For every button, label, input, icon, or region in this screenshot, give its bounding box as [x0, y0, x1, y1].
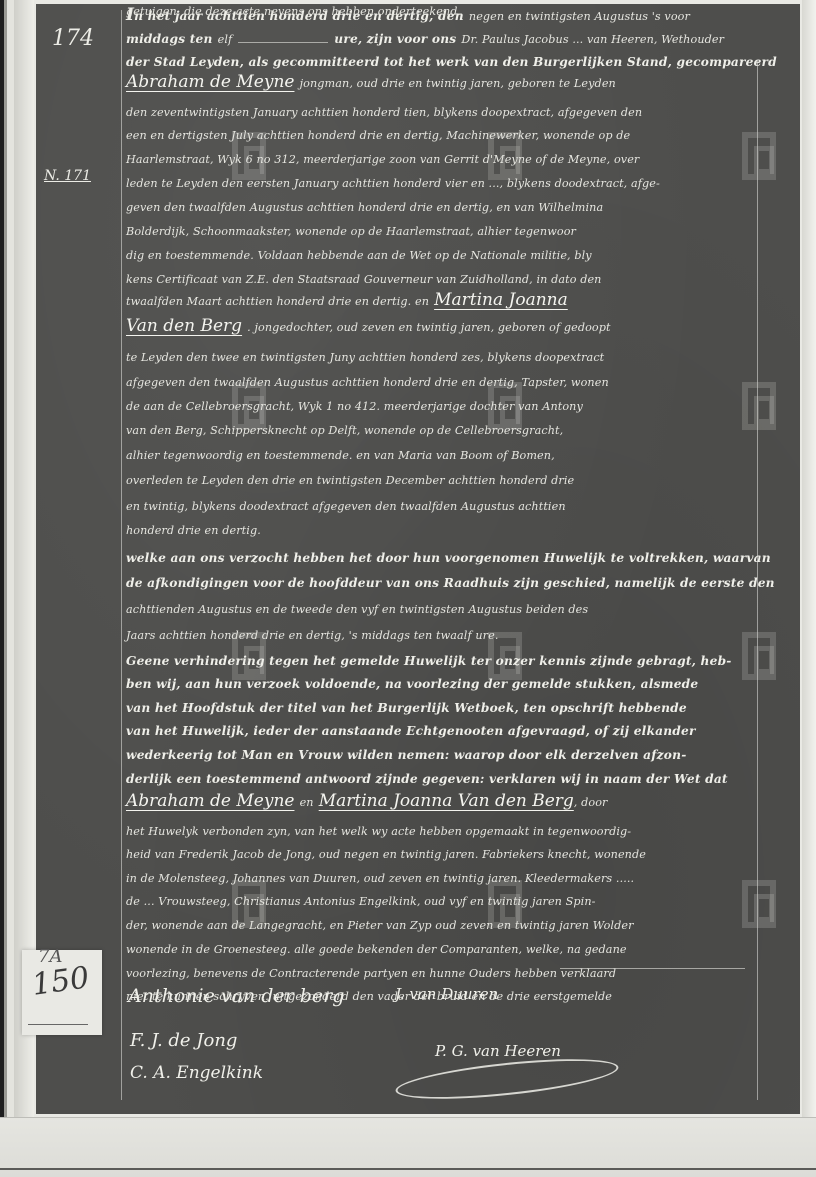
record-line: kens Certificaat van Z.E. den Staatsraad…: [126, 268, 756, 287]
signature-witness-de-jong: F. J. de Jong: [130, 1030, 237, 1051]
handwritten-text: afgegeven den twaalfden Augustus achttie…: [126, 376, 609, 389]
printed-text: ure, zijn voor ons: [334, 32, 456, 46]
archive-label-underline: [28, 1024, 88, 1025]
record-line: Haarlemstraat, Wyk 6 no 312, meerderjari…: [126, 148, 756, 167]
handwritten-text: een en dertigsten July achttien honderd …: [126, 129, 630, 142]
record-line: Abraham de Meyne en Martina Joanna Van d…: [126, 791, 756, 811]
handwritten-text: Haarlemstraat, Wyk 6 no 312, meerderjari…: [126, 153, 639, 166]
record-line: het Huwelyk verbonden zyn, van het welk …: [126, 820, 756, 839]
record-line: Geene verhindering tegen het gemelde Huw…: [126, 650, 756, 669]
record-line: afgegeven den twaalfden Augustus achttie…: [126, 371, 756, 390]
handwritten-text: Jaars achttien honderd drie en dertig, '…: [126, 629, 499, 642]
printed-text: derlijk een toestemmend antwoord zijnde …: [126, 772, 728, 786]
record-line: de ... Vrouwsteeg, Christianus Antonius …: [126, 890, 756, 909]
signature-witness-van-duuren: J. van Duuren: [395, 985, 498, 1003]
record-line: twaalfden Maart achttien honderd drie en…: [126, 290, 756, 310]
printed-text: der Stad Leyden, als gecommitteerd tot h…: [126, 55, 777, 69]
party-name: Abraham de Meyne: [126, 791, 294, 811]
party-name: Martina Joanna: [434, 290, 568, 310]
record-line: Bolderdijk, Schoonmaakster, wonende op d…: [126, 220, 756, 239]
record-line: geven den twaalfden Augustus achttien ho…: [126, 196, 756, 215]
record-line: derlijk een toestemmend antwoord zijnde …: [126, 768, 756, 787]
party-name: Abraham de Meyne: [126, 72, 294, 92]
record-line: alhier tegenwoordig en toestemmende. en …: [126, 444, 756, 463]
record-line: van het Huwelijk, ieder der aanstaande E…: [126, 720, 756, 739]
handwritten-text: het Huwelyk verbonden zyn, van het welk …: [126, 825, 631, 838]
signature-witness-engelkink: C. A. Engelkink: [130, 1063, 263, 1083]
record-line: den zeventwintigsten January achttien ho…: [126, 101, 756, 120]
handwritten-text: jongman, oud drie en twintig jaren, gebo…: [300, 77, 616, 90]
handwritten-text: wonende in de Groenesteeg. alle goede be…: [126, 943, 627, 956]
handwritten-text: twaalfden Maart achttien honderd drie en…: [126, 295, 429, 308]
handwritten-text: dig en toestemmende. Voldaan hebbende aa…: [126, 249, 592, 262]
printed-text: welke aan ons verzocht hebben het door h…: [126, 551, 771, 565]
handwritten-text: elf: [218, 33, 233, 46]
handwritten-text: voorlezing, benevens de Contracterende p…: [126, 967, 616, 980]
record-line: ben wij, aan hun verzoek voldoende, na v…: [126, 673, 756, 692]
record-line: welke aan ons verzocht hebben het door h…: [126, 547, 756, 566]
handwritten-text: Bolderdijk, Schoonmaakster, wonende op d…: [126, 225, 576, 238]
record-line: der Stad Leyden, als gecommitteerd tot h…: [126, 51, 756, 70]
record-line: van den Berg, Schippersknecht op Delft, …: [126, 419, 756, 438]
printed-text: middags ten: [126, 32, 213, 46]
printed-text: de afkondigingen voor de hoofddeur van o…: [126, 576, 775, 590]
record-line: voorlezing, benevens de Contracterende p…: [126, 962, 756, 981]
printed-text: van het Hoofdstuk der titel van het Burg…: [126, 701, 687, 715]
handwritten-text: overleden te Leyden den drie en twintigs…: [126, 474, 574, 487]
party-name: Martina Joanna Van den Berg: [319, 791, 574, 811]
record-line: in de Molensteeg, Johannes van Duuren, o…: [126, 867, 756, 886]
archive-label: 7A 150: [22, 950, 102, 1035]
record-number-note: N. 171: [44, 168, 91, 184]
handwritten-text: Dr. Paulus Jacobus ... van Heeren, Wetho…: [461, 33, 724, 46]
record-line: en twintig, blykens doodextract afgegeve…: [126, 495, 756, 514]
handwritten-text: en twintig, blykens doodextract afgegeve…: [126, 500, 566, 513]
record-line: honderd drie en dertig.: [126, 519, 756, 538]
right-edge: [802, 0, 816, 1177]
printed-text: van het Huwelijk, ieder der aanstaande E…: [126, 724, 696, 738]
signature-father-of-bride: Anthonie van der berg: [128, 985, 344, 1007]
signature-officer: P. G. van Heeren: [435, 1042, 561, 1060]
record-line: getuigen, die deze acte nevens ons hebbe…: [126, 0, 756, 19]
handwritten-text: getuigen, die deze acte nevens ons hebbe…: [126, 5, 461, 18]
record-line: Jaars achttien honderd drie en dertig, '…: [126, 624, 756, 643]
record-line: van het Hoofdstuk der titel van het Burg…: [126, 697, 756, 716]
handwritten-text: honderd drie en dertig.: [126, 524, 261, 537]
record-line: Abraham de Meyne jongman, oud drie en tw…: [126, 72, 756, 92]
record-line: middags ten elfure, zijn voor ons Dr. Pa…: [126, 28, 756, 47]
record-line: der, wonende aan de Langegracht, en Piet…: [126, 914, 756, 933]
handwritten-text: geven den twaalfden Augustus achttien ho…: [126, 201, 603, 214]
handwritten-text: de aan de Cellebroersgracht, Wyk 1 no 41…: [126, 400, 583, 413]
handwritten-text: de ... Vrouwsteeg, Christianus Antonius …: [126, 895, 596, 908]
record-line: heid van Frederik Jacob de Jong, oud neg…: [126, 843, 756, 862]
handwritten-text: der, wonende aan de Langegracht, en Piet…: [126, 919, 634, 932]
record-line: de aan de Cellebroersgracht, Wyk 1 no 41…: [126, 395, 756, 414]
closing-dash-line: [560, 968, 745, 969]
handwritten-text: te Leyden den twee en twintigsten Juny a…: [126, 351, 604, 364]
binding-edge: [0, 0, 14, 1177]
archive-label-number: 150: [30, 960, 92, 1003]
handwritten-text: , door: [574, 796, 608, 809]
handwritten-text: . jongedochter, oud zeven en twintig jar…: [247, 321, 610, 334]
handwritten-text: alhier tegenwoordig en toestemmende. en …: [126, 449, 555, 462]
record-line: wederkeerig tot Man en Vrouw wilden neme…: [126, 744, 756, 763]
printed-text: wederkeerig tot Man en Vrouw wilden neme…: [126, 748, 686, 762]
page-number-note: 174: [52, 26, 94, 51]
handwritten-text: kens Certificaat van Z.E. den Staatsraad…: [126, 273, 602, 286]
printed-text: Geene verhindering tegen het gemelde Huw…: [126, 654, 732, 668]
printed-text: ben wij, aan hun verzoek voldoende, na v…: [126, 677, 698, 691]
handwritten-text: achttienden Augustus en de tweede den vy…: [126, 603, 588, 616]
record-line: leden te Leyden den eersten January acht…: [126, 172, 756, 191]
left-ruling-line: [121, 10, 122, 1100]
handwritten-text: heid van Frederik Jacob de Jong, oud neg…: [126, 848, 646, 861]
record-line: de afkondigingen voor de hoofddeur van o…: [126, 572, 756, 591]
party-name: Van den Berg: [126, 316, 242, 336]
record-line: overleden te Leyden den drie en twintigs…: [126, 469, 756, 488]
record-line: te Leyden den twee en twintigsten Juny a…: [126, 346, 756, 365]
blank-fill-line: [238, 42, 328, 43]
record-line: dig en toestemmende. Voldaan hebbende aa…: [126, 244, 756, 263]
handwritten-text: en: [300, 796, 314, 809]
record-line: een en dertigsten July achttien honderd …: [126, 124, 756, 143]
handwritten-text: leden te Leyden den eersten January acht…: [126, 177, 660, 190]
record-line: Van den Berg . jongedochter, oud zeven e…: [126, 316, 756, 336]
record-line: wonende in de Groenesteeg. alle goede be…: [126, 938, 756, 957]
record-line: achttienden Augustus en de tweede den vy…: [126, 598, 756, 617]
handwritten-text: den zeventwintigsten January achttien ho…: [126, 106, 642, 119]
scan-edge-line: [0, 1168, 816, 1170]
handwritten-text: van den Berg, Schippersknecht op Delft, …: [126, 424, 563, 437]
handwritten-text: in de Molensteeg, Johannes van Duuren, o…: [126, 872, 634, 885]
